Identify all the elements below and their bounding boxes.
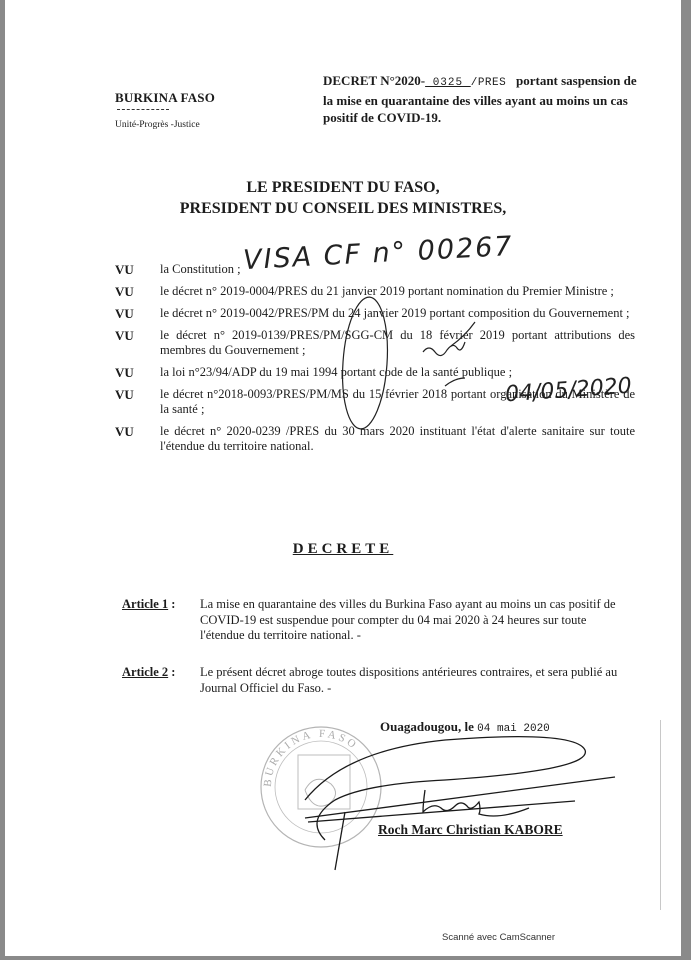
scanner-credit: Scanné avec CamScanner	[442, 932, 555, 943]
signature-strokes	[305, 737, 615, 870]
pen-initials-mark	[423, 322, 475, 356]
pen-marks-overlay: BURKINA FASO	[5, 0, 681, 956]
official-seal: BURKINA FASO	[261, 727, 381, 847]
signatory-name: Roch Marc Christian KABORE	[378, 822, 563, 838]
scan-artifact-line	[660, 720, 661, 910]
pen-oval-mark	[338, 296, 391, 431]
svg-text:BURKINA FASO: BURKINA FASO	[262, 728, 361, 787]
document-page: BURKINA FASO Unité-Progrès -Justice DECR…	[5, 0, 681, 956]
pen-tick-mark	[445, 378, 465, 386]
